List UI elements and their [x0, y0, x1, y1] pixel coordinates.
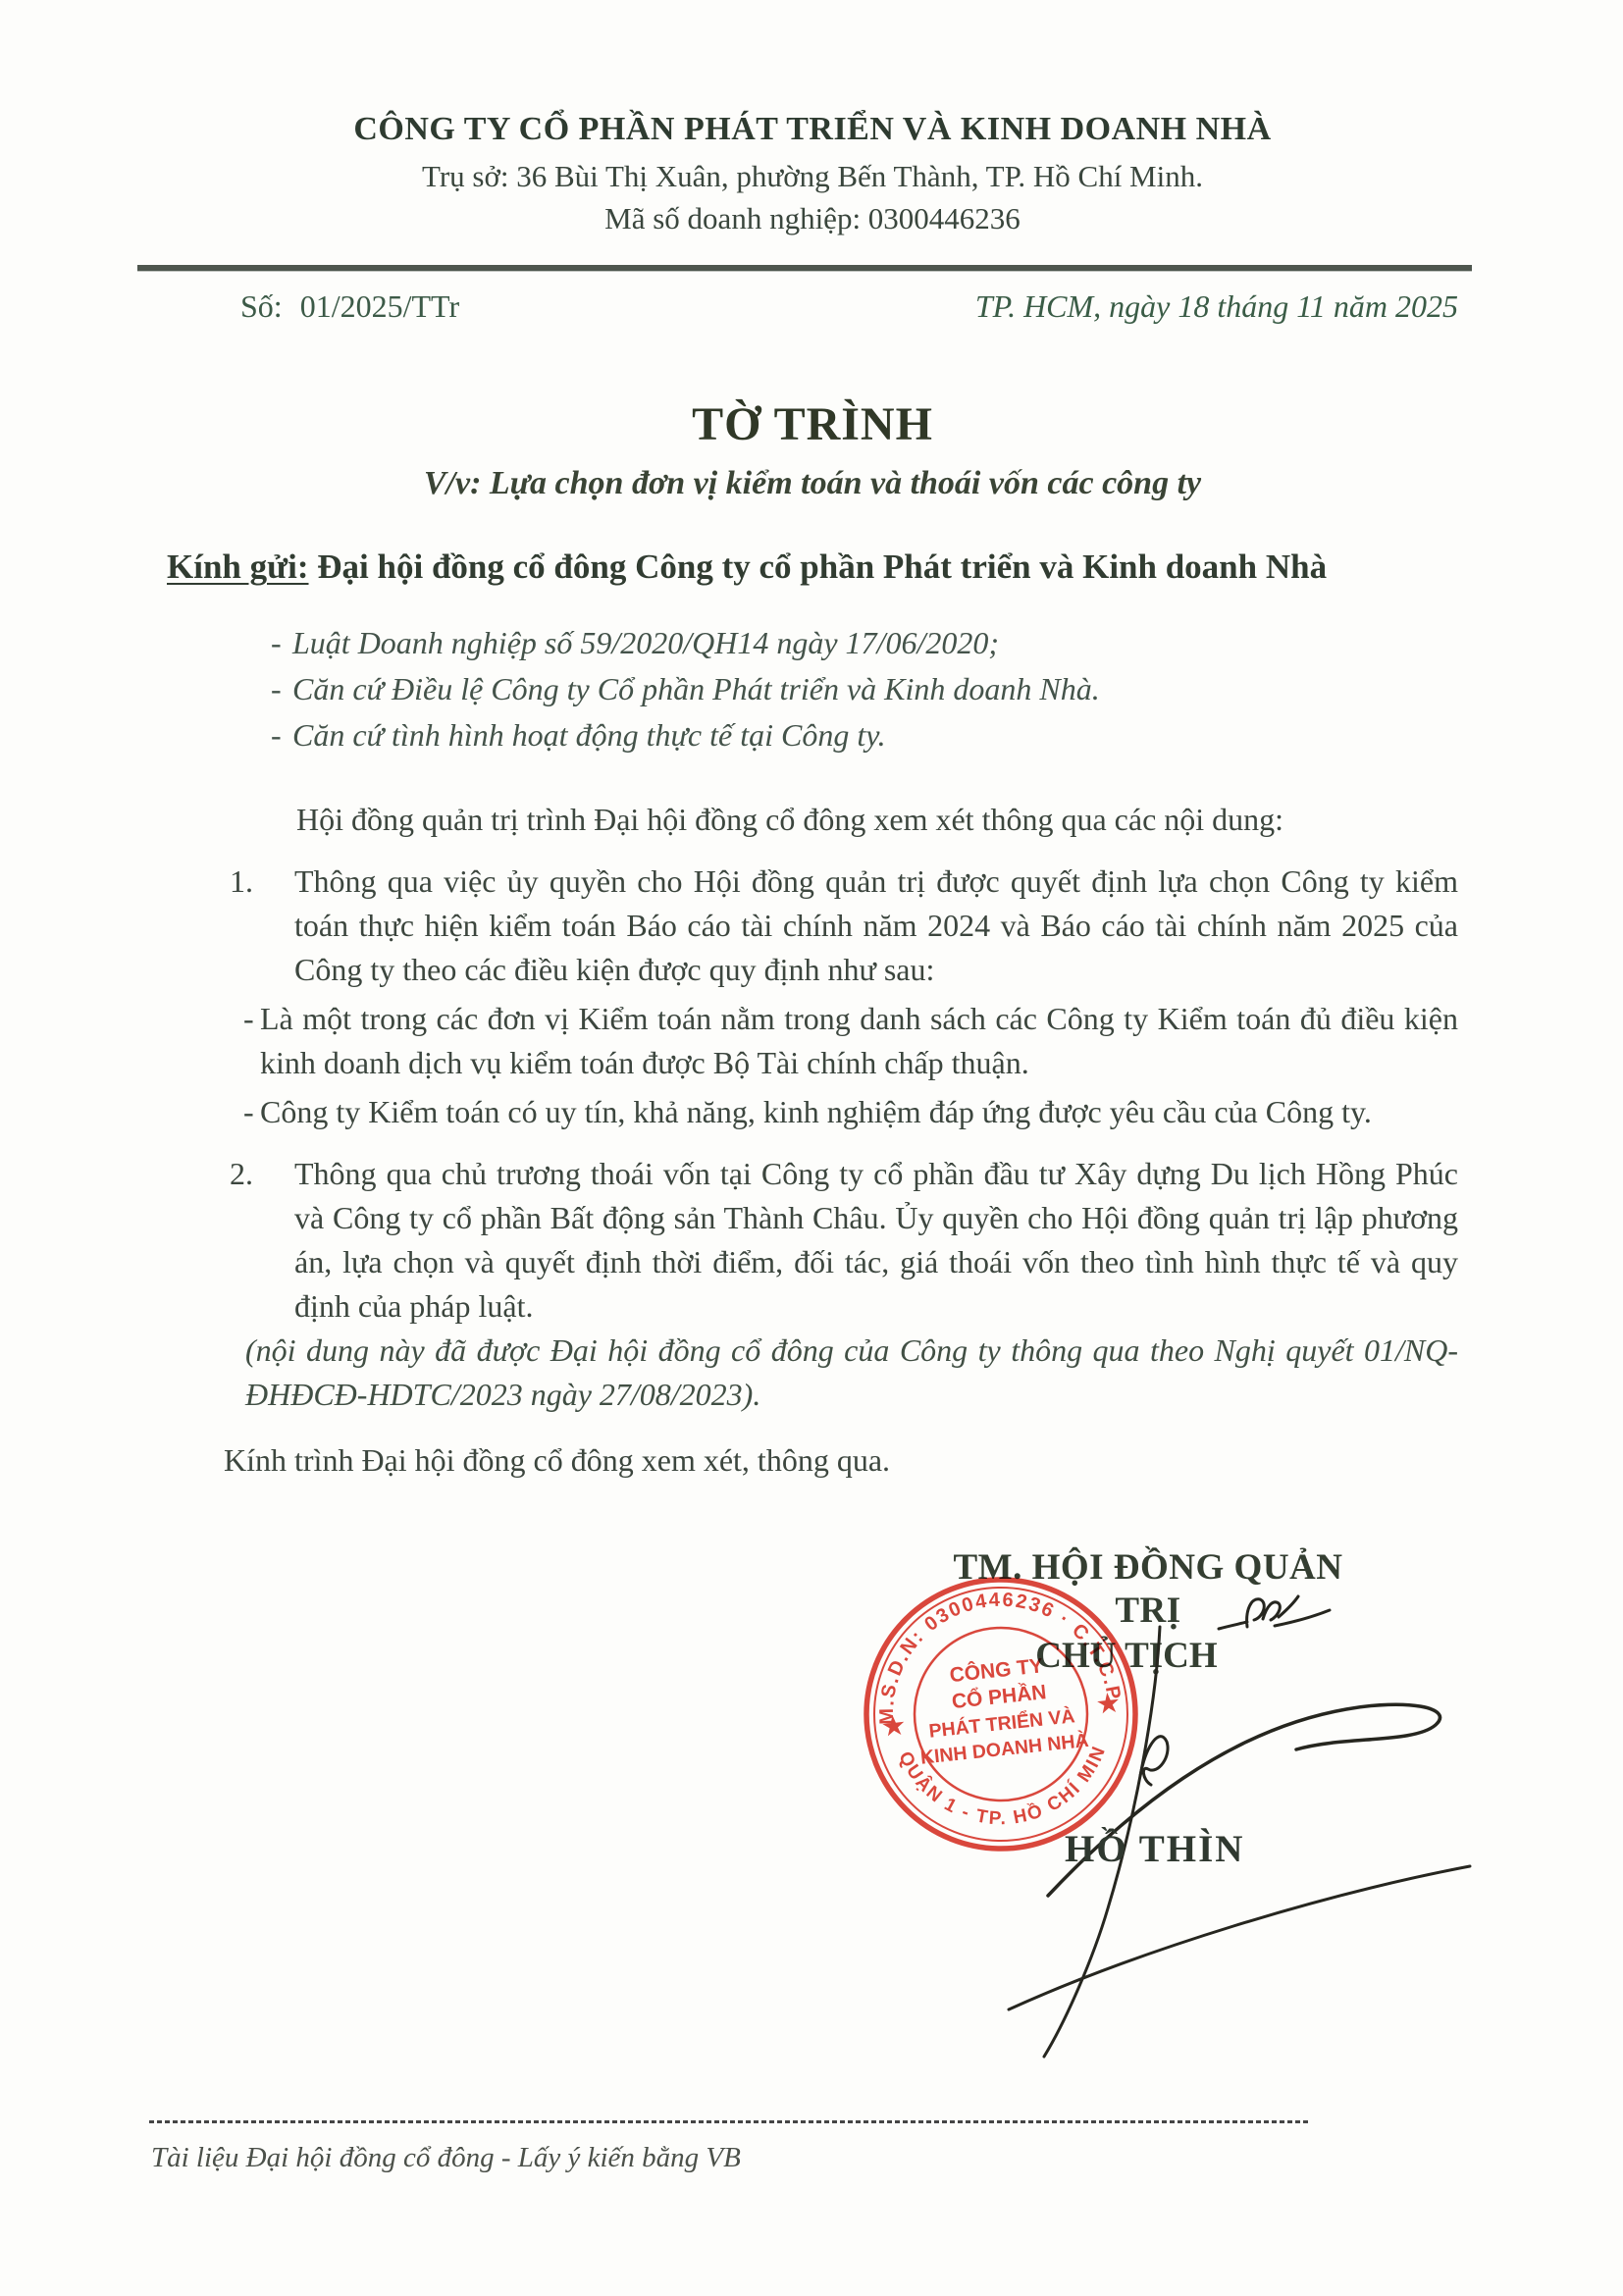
footer-divider [149, 2120, 1309, 2123]
company-name: CÔNG TY CỔ PHẦN PHÁT TRIỂN VÀ KINH DOANH… [167, 110, 1458, 149]
salutation-recipient: Đại hội đồng cổ đông Công ty cổ phần Phá… [309, 548, 1328, 586]
stamp-star-left: ★ [881, 1711, 907, 1741]
signature-ink [932, 1570, 1492, 2061]
dash-bullet: - [243, 997, 254, 1041]
legal-basis-text: Luật Doanh nghiệp số 59/2020/QH14 ngày 1… [292, 625, 999, 660]
numbered-item-2: 2. Thông qua chủ trương thoái vốn tại Cô… [167, 1152, 1458, 1329]
salutation: Kính gửi: Đại hội đồng cổ đông Công ty c… [167, 546, 1458, 589]
dash-bullet: - [243, 1090, 254, 1134]
dash-bullet: - [271, 712, 282, 758]
company-business-id: Mã số doanh nghiệp: 0300446236 [167, 200, 1458, 237]
sub-item-text: Công ty Kiểm toán có uy tín, khả năng, k… [260, 1094, 1372, 1129]
closing-paragraph: Kính trình Đại hội đồng cổ đông xem xét,… [167, 1438, 1458, 1483]
place-and-date: TP. HCM, ngày 18 tháng 11 năm 2025 [975, 288, 1458, 325]
intro-paragraph: Hội đồng quản trị trình Đại hội đồng cổ … [167, 798, 1458, 842]
document-number-value: 01/2025/TTr [300, 288, 459, 324]
document-title: TỜ TRÌNH [167, 397, 1458, 451]
legal-basis-item: - Căn cứ Điều lệ Công ty Cổ phần Phát tr… [167, 666, 1458, 712]
numbered-item-1: 1. Thông qua việc ủy quyền cho Hội đồng … [167, 860, 1458, 992]
company-address: Trụ sở: 36 Bùi Thị Xuân, phường Bến Thàn… [167, 157, 1458, 196]
document-number: Số:01/2025/TTr [167, 288, 459, 325]
footer-note: Tài liệu Đại hội đồng cổ đông - Lấy ý ki… [151, 2142, 741, 2174]
signature-paraphe [1219, 1596, 1330, 1629]
item-text: Thông qua việc ủy quyền cho Hội đồng quả… [294, 863, 1458, 987]
item-2-note: (nội dung này đã được Đại hội đồng cổ đô… [245, 1329, 1458, 1417]
signer-name: HỒ THÌN [1065, 1827, 1244, 1871]
sub-item-list: - Là một trong các đơn vị Kiểm toán nằm … [167, 997, 1458, 1134]
document-meta-row: Số:01/2025/TTr TP. HCM, ngày 18 tháng 11… [167, 288, 1458, 325]
sub-item: - Công ty Kiểm toán có uy tín, khả năng,… [167, 1090, 1458, 1134]
sub-item-text: Là một trong các đơn vị Kiểm toán nằm tr… [260, 1001, 1458, 1080]
legal-basis-text: Căn cứ Điều lệ Công ty Cổ phần Phát triể… [292, 671, 1100, 706]
item-text: Thông qua chủ trương thoái vốn tại Công … [294, 1156, 1458, 1324]
document-subject: V/v: Lựa chọn đơn vị kiểm toán và thoái … [167, 465, 1458, 502]
legal-basis-item: - Luật Doanh nghiệp số 59/2020/QH14 ngày… [167, 620, 1458, 666]
dash-bullet: - [271, 666, 282, 712]
document-number-label: Số: [240, 288, 283, 324]
legal-basis-item: - Căn cứ tình hình hoạt động thực tế tại… [167, 712, 1458, 758]
document-page: CÔNG TY CỔ PHẦN PHÁT TRIỂN VÀ KINH DOANH… [0, 0, 1623, 2296]
sub-item: - Là một trong các đơn vị Kiểm toán nằm … [167, 997, 1458, 1085]
item-number: 1. [230, 860, 253, 904]
item-number: 2. [230, 1152, 253, 1196]
dash-bullet: - [271, 620, 282, 666]
document-content: CÔNG TY CỔ PHẦN PHÁT TRIỂN VÀ KINH DOANH… [0, 0, 1623, 1483]
legal-basis-text: Căn cứ tình hình hoạt động thực tế tại C… [292, 717, 886, 753]
letterhead: CÔNG TY CỔ PHẦN PHÁT TRIỂN VÀ KINH DOANH… [167, 110, 1458, 271]
header-divider [137, 265, 1472, 271]
legal-basis-list: - Luật Doanh nghiệp số 59/2020/QH14 ngày… [167, 620, 1458, 758]
signature-squiggle [1140, 1737, 1168, 1785]
salutation-label: Kính gửi: [167, 548, 309, 586]
